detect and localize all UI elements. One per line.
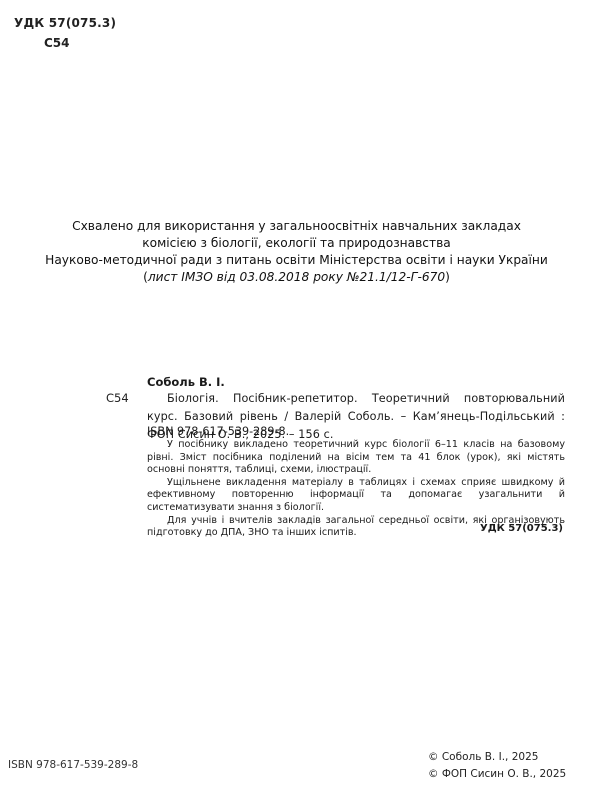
udk-code-top: УДК 57(075.3) [14, 16, 116, 30]
approval-statement: Схвалено для використання у загальноосві… [0, 218, 593, 286]
annotation-paragraph: Ущільнене викладення матеріалу в таблиця… [147, 477, 565, 515]
bibliography-author: Соболь В. І. [147, 375, 225, 389]
approval-letter: (лист ІМЗО від 03.08.2018 року №21.1/12-… [0, 269, 593, 286]
footer-isbn: ISBN 978-617-539-289-8 [8, 759, 138, 771]
udk-code-bibliography: УДК 57(075.3) [480, 523, 563, 534]
author-code-top: С54 [44, 36, 70, 50]
copyright-publisher: © ФОП Сисин О. В., 2025 [428, 766, 566, 783]
approval-line: Науково-методичної ради з питань освіти … [0, 252, 593, 269]
annotation-paragraph: У посібнику викладено теоретичний курс б… [147, 439, 565, 477]
approval-letter-ref: лист ІМЗО від 03.08.2018 року №21.1/12-Г… [148, 270, 445, 284]
copyright-block: © Соболь В. І., 2025 © ФОП Сисин О. В., … [428, 749, 566, 783]
bibliography-isbn: ISBN 978-617-539-289-8. [147, 425, 289, 438]
copyright-author: © Соболь В. І., 2025 [428, 749, 566, 766]
approval-line: Схвалено для використання у загальноосві… [0, 218, 593, 235]
bibliography-code: С54 [106, 391, 129, 405]
approval-line: комісією з біології, екології та природо… [0, 235, 593, 252]
